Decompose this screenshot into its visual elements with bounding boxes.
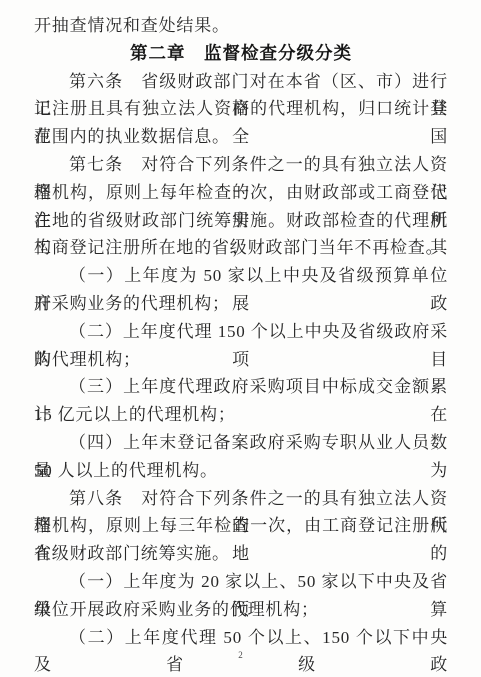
text-line: 理机构，原则上每年检查一次，由财政部或工商登记注册所 [34, 179, 448, 207]
chapter-heading: 第二章 监督检查分级分类 [34, 40, 448, 68]
text-line: 第七条 对符合下列条件之一的具有独立法人资格的代 [34, 151, 448, 179]
text-line: 工商登记注册所在地的省级财政部门当年不再检查。 [34, 234, 448, 262]
text-line: （四）上年末登记备案政府采购专职从业人员数量为 [34, 429, 448, 457]
text-line: 理机构，原则上每三年检查一次，由工商登记注册所在地的 [34, 512, 448, 540]
text-line: （一）上年度为 50 家以上中央及省级预算单位开展政 [34, 262, 448, 290]
text-line: （二）上年度代理 50 个以上、150 个以下中央及省级政 [34, 624, 448, 652]
text-line: 记注册且具有独立法人资格的代理机构，归口统计其在全国 [34, 95, 448, 123]
text-line: 开抽查情况和查处结果。 [34, 12, 448, 40]
page-number: 2 [0, 650, 481, 660]
text-line: （二）上年度代理 150 个以上中央及省级政府采购项目 [34, 318, 448, 346]
document-body: 开抽查情况和查处结果。第二章 监督检查分级分类第六条 省级财政部门对在本省（区、… [34, 12, 448, 651]
text-line: 在地的省级财政部门统筹实施。财政部检查的代理机构，其 [34, 207, 448, 235]
text-line: 第六条 省级财政部门对在本省（区、市）进行工商登 [34, 68, 448, 96]
text-line: 第八条 对符合下列条件之一的具有独立法人资格的代 [34, 485, 448, 513]
text-line: （三）上年度代理政府采购项目中标成交金额累计在 [34, 373, 448, 401]
document-page: 开抽查情况和查处结果。第二章 监督检查分级分类第六条 省级财政部门对在本省（区、… [0, 0, 481, 677]
text-line: （一）上年度为 20 家以上、50 家以下中央及省级预算 [34, 568, 448, 596]
